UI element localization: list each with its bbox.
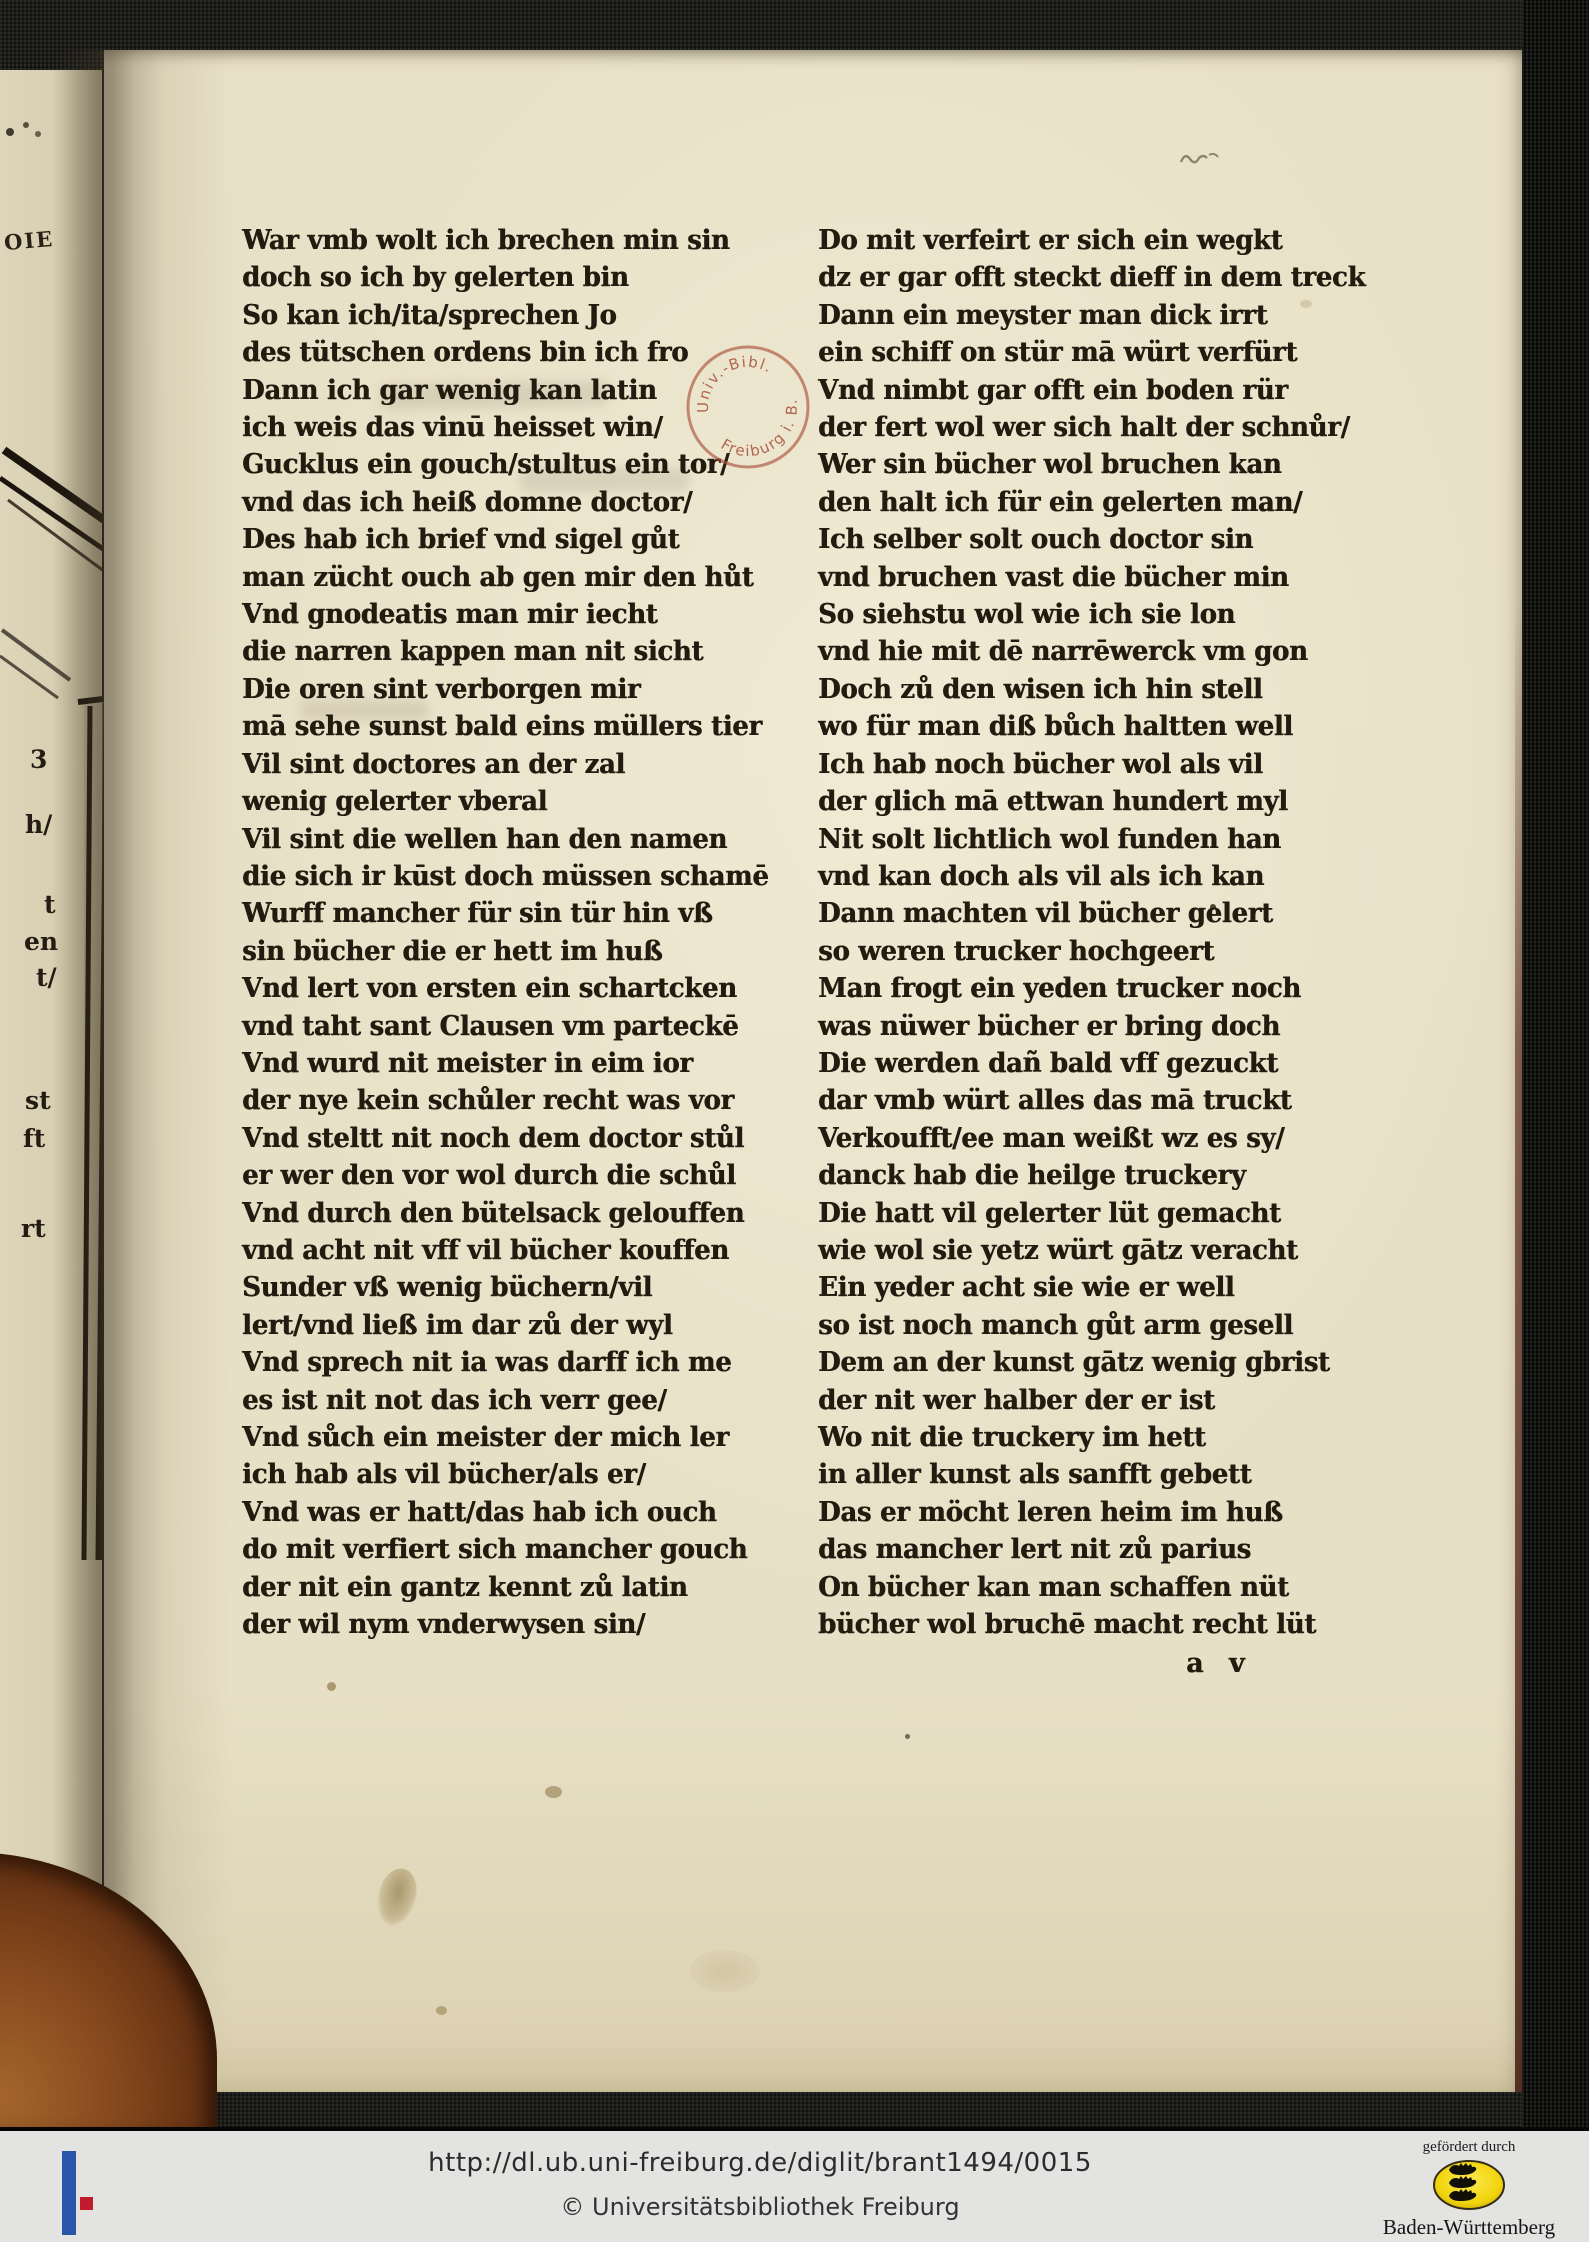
text-line: Vil sint die wellen han den namen: [242, 821, 768, 860]
text-line: Wer sin bücher wol bruchen kan: [818, 446, 1365, 485]
text-line: So siehstu wol wie ich sie lon: [818, 596, 1365, 635]
text-line: das mancher lert nit zů parius: [818, 1531, 1365, 1570]
text-line: Ich selber solt ouch doctor sin: [818, 521, 1365, 560]
text-line: Das er möcht leren heim im huß: [818, 1494, 1365, 1533]
text-line: Wo nit die truckery im hett: [818, 1419, 1365, 1458]
text-line: man zücht ouch ab gen mir den hůt: [242, 559, 768, 598]
coat-of-arms-icon: [1432, 2159, 1506, 2211]
text-line: Vnd was er hatt/das hab ich ouch: [242, 1494, 768, 1533]
text-line: ich hab als vil bücher/als er/: [242, 1456, 768, 1495]
text-line: die sich ir kūst doch müssen schamē: [242, 858, 768, 897]
verso-text-fragment: st: [25, 1086, 51, 1115]
text-line: Do mit verfeirt er sich ein wegkt: [818, 222, 1365, 261]
text-line: Vnd sůch ein meister der mich ler: [242, 1419, 768, 1458]
text-line: der nit ein gantz kennt zů latin: [242, 1569, 768, 1608]
verso-text-fragment: ft: [23, 1124, 45, 1153]
text-line: On bücher kan man schaffen nüt: [818, 1569, 1365, 1608]
text-line: dz er gar offt steckt dieff in dem treck: [818, 259, 1365, 298]
text-line: Vil sint doctores an der zal: [242, 746, 768, 785]
text-line: ein schiff on stür mā würt verfürt: [818, 334, 1365, 373]
text-line: vnd taht sant Clausen vm parteckē: [242, 1008, 768, 1047]
text-line: der nye kein schůler recht was vor: [242, 1082, 768, 1121]
text-line: Dann machten vil bücher gelert: [818, 895, 1365, 934]
text-line: Nit solt lichtlich wol funden han: [818, 821, 1365, 860]
text-line: wenig gelerter vberal: [242, 783, 768, 822]
text-line: So kan ich/ita/sprechen Jo: [242, 297, 768, 336]
text-line: sin bücher die er hett im huß: [242, 933, 768, 972]
text-line: der nit wer halber der er ist: [818, 1382, 1365, 1421]
text-line: Ich hab noch bücher wol als vil: [818, 746, 1365, 785]
text-line: Vnd lert von ersten ein schartcken: [242, 970, 768, 1009]
verso-text-fragment: rt: [21, 1214, 46, 1243]
text-line: do mit verfiert sich mancher gouch: [242, 1531, 768, 1570]
handwriting-mark: [1178, 146, 1222, 170]
text-line: Die werden dañ bald vff gezuckt: [818, 1045, 1365, 1084]
text-line: Vnd sprech nit ia was darff ich me: [242, 1344, 768, 1383]
text-line: was nüwer bücher er bring doch: [818, 1008, 1365, 1047]
text-line: vnd kan doch als vil als ich kan: [818, 858, 1365, 897]
funding-badge: gefördert durch Baden-Württemberg: [1344, 2131, 1589, 2242]
verso-text-fragment: en: [24, 927, 58, 956]
verso-text-fragment: t: [44, 890, 56, 919]
text-line: der glich mā ettwan hundert myl: [818, 783, 1365, 822]
text-line: lert/vnd ließ im dar zů der wyl: [242, 1307, 768, 1346]
text-line: Verkoufft/ee man weißt wz es sy/: [818, 1120, 1365, 1159]
text-line: es ist nit not das ich verr gee/: [242, 1382, 768, 1421]
badge-label: Baden-Württemberg: [1344, 2215, 1589, 2240]
text-line: vnd bruchen vast die bücher min: [818, 559, 1365, 598]
text-line: Die oren sint verborgen mir: [242, 671, 768, 710]
library-stamp: Univ.-Bibl. Freiburg i. B.: [680, 339, 816, 475]
text-line: Des hab ich brief vnd sigel gůt: [242, 521, 768, 560]
text-line: vnd das ich heiß domne doctor/: [242, 484, 768, 523]
text-line: Doch zů den wisen ich hin stell: [818, 671, 1365, 710]
text-line: doch so ich by gelerten bin: [242, 259, 768, 298]
text-line: Wurff mancher für sin tür hin vß: [242, 895, 768, 934]
footer-bar: http://dl.ub.uni-freiburg.de/diglit/bran…: [0, 2127, 1589, 2242]
text-line: Man frogt ein yeden trucker noch: [818, 970, 1365, 1009]
text-line: Vnd wurd nit meister in eim ior: [242, 1045, 768, 1084]
url-text: http://dl.ub.uni-freiburg.de/diglit/bran…: [0, 2148, 1520, 2178]
verso-text-fragment: 3: [30, 745, 47, 774]
text-line: vnd hie mit dē narrēwerck vm gon: [818, 633, 1365, 672]
text-line: Die hatt vil gelerter lüt gemacht: [818, 1195, 1365, 1234]
quire-signature: a v: [1186, 1648, 1245, 1679]
verso-text-fragment: t/: [36, 963, 57, 992]
text-line: bücher wol bruchē macht recht lüt: [818, 1606, 1365, 1645]
text-line: so ist noch manch gůt arm gesell: [818, 1307, 1365, 1346]
text-line: War vmb wolt ich brechen min sin: [242, 222, 768, 261]
text-line: den halt ich für ein gelerten man/: [818, 484, 1365, 523]
text-line: Dann ein meyster man dick irrt: [818, 297, 1365, 336]
text-line: dar vmb würt alles das mā truckt: [818, 1082, 1365, 1121]
text-line: Vnd nimbt gar offt ein boden rür: [818, 372, 1365, 411]
text-line: Sunder vß wenig büchern/vil: [242, 1269, 768, 1308]
text-line: wo für man diß bůch haltten well: [818, 708, 1365, 747]
text-line: Dem an der kunst gātz wenig gbrist: [818, 1344, 1365, 1383]
text-line: wie wol sie yetz würt gātz veracht: [818, 1232, 1365, 1271]
text-line: Ein yeder acht sie wie er well: [818, 1269, 1365, 1308]
text-line: Vnd steltt nit noch dem doctor stůl: [242, 1120, 768, 1159]
text-line: Vnd durch den bütelsack gelouffen: [242, 1195, 768, 1234]
text-line: der wil nym vnderwysen sin/: [242, 1606, 768, 1645]
verso-text-fragment: h/: [25, 810, 52, 839]
text-line: mā sehe sunst bald eins müllers tier: [242, 708, 768, 747]
copyright-text: © Universitätsbibliothek Freiburg: [0, 2193, 1520, 2221]
text-line: in aller kunst als sanfft gebett: [818, 1456, 1365, 1495]
badge-caption: gefördert durch: [1344, 2139, 1589, 2156]
text-line: so weren trucker hochgeert: [818, 933, 1365, 972]
text-line: vnd acht nit vff vil bücher kouffen: [242, 1232, 768, 1271]
cloth-background-right-band: [1522, 0, 1589, 2127]
text-line: der fert wol wer sich halt der schnůr/: [818, 409, 1365, 448]
text-line: danck hab die heilge truckery: [818, 1157, 1365, 1196]
text-line: die narren kappen man nit sicht: [242, 633, 768, 672]
text-line: er wer den vor wol durch die schůl: [242, 1157, 768, 1196]
right-text-column: Do mit verfeirt er sich ein wegktdz er g…: [818, 222, 1365, 1643]
text-line: Vnd gnodeatis man mir iecht: [242, 596, 768, 635]
